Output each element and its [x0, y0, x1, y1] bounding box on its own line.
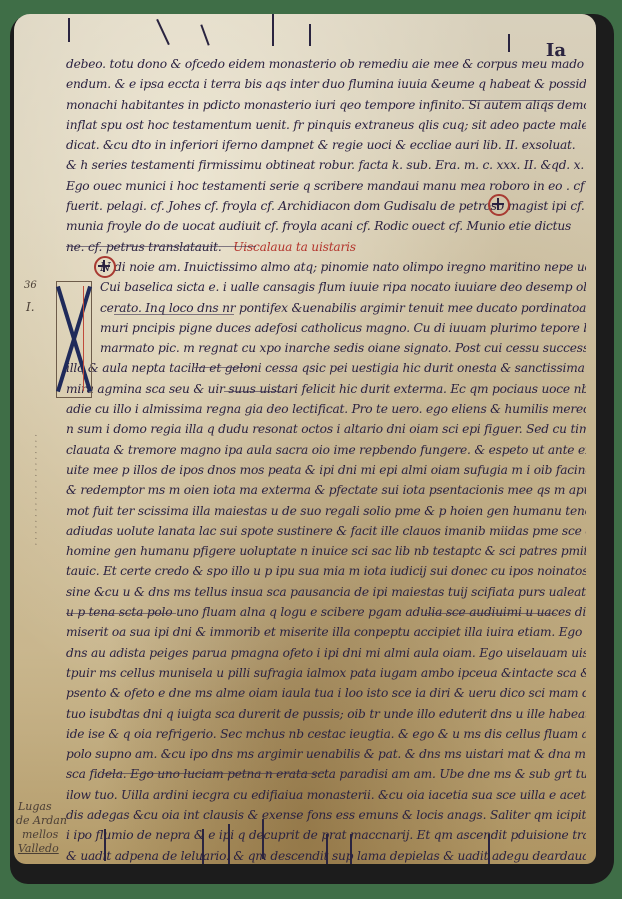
underline-rule	[194, 367, 254, 368]
margin-number: 36	[24, 280, 37, 291]
underline-rule	[66, 246, 256, 247]
text-line: dns au adista peiges parua pmagna ofeto …	[66, 643, 586, 663]
text-line: muri pncipis pigne duces adefosi catholi…	[100, 318, 586, 338]
text-line: adiudas uolute lanata lac sui spote sust…	[66, 521, 586, 541]
text-line: clauata & tremore magno ipa aula sacra o…	[66, 440, 586, 460]
text-line: endum. & e ipsa eccta i terra bis aqs in…	[66, 74, 586, 94]
text-line: Ego ouec munici i hoc testamenti serie q…	[66, 176, 586, 196]
text-line: mot fuit ter scissima illa maiestas u de…	[66, 501, 586, 521]
text-line: Cui baselica sicta e. i ualle cansagis f…	[100, 277, 586, 297]
underline-rule	[114, 314, 234, 315]
text-line: sca fidela. Ego uno luciam petna n erata…	[66, 764, 586, 784]
signature-line: Valledo	[18, 842, 59, 855]
cross-seal-icon	[94, 256, 116, 278]
text-line: adie cu illo i almissima regna gia deo l…	[66, 399, 586, 419]
main-text-block: N di noie am. Inuictissimo almo atq; pin…	[66, 257, 586, 358]
text-line: psento & ofeto e dne ms alme oiam iaula …	[66, 683, 586, 703]
text-line: dicat. &cu dto in inferiori iferno dampn…	[66, 135, 586, 155]
vertical-margin-annotation: · · · · · · · · · · · · · · · · · · · ·	[32, 434, 42, 546]
margin-letter: I.	[26, 300, 35, 314]
text-line: tauic. Et certe credo & spo illo u p ipu…	[66, 561, 586, 581]
text-line: & redemptor ms m oien iota ma exterma & …	[66, 480, 586, 500]
text-line: munia froyle do de uocat audiuit cf. fro…	[66, 216, 586, 236]
ascender-stroke	[156, 19, 170, 45]
charter-text: debeo. totu dono & ofcedo eidem monaster…	[66, 54, 586, 864]
text-line: & h series testamenti firmissimu obtinea…	[66, 155, 586, 175]
text-line: marmato pic. m regnat cu xpo inarche sed…	[100, 338, 586, 358]
text-line: monachi habitantes in pdicto monasterio …	[66, 95, 586, 115]
text-line: & uadit adpena de leluario. & qm descend…	[66, 846, 586, 864]
text-line: n sum i domo regia illa q dudu resonat o…	[66, 419, 586, 439]
text-line: miserit oa sua ipi dni & immorib et mise…	[66, 622, 586, 642]
underline-rule	[224, 391, 284, 392]
text-line: uite mee p illos de ipos dnos mos peata …	[66, 460, 586, 480]
text-line: ilow tuo. Uilla ardini iecgra cu edifiai…	[66, 785, 586, 805]
text-line: dis adegas &cu oia int clausis & exense …	[66, 805, 586, 825]
text-line: polo supno am. &cu ipo dns ms argimir ue…	[66, 744, 586, 764]
text-line: debeo. totu dono & ofcedo eidem monaster…	[66, 54, 586, 74]
text-line: homine gen humanu pfigere uoluptate n in…	[66, 541, 586, 561]
underline-rule	[104, 773, 324, 774]
text-line: inflat spu ost hoc testamentum uenit. fr…	[66, 115, 586, 135]
ascender-stroke	[508, 34, 510, 52]
initial-rubric-line	[83, 286, 84, 391]
underline-rule	[426, 613, 556, 614]
text-line: sine &cu u & dns ms tellus insua sca pau…	[66, 582, 586, 602]
ascender-stroke	[200, 24, 209, 45]
text-line: N di noie am. Inuictissimo almo atq; pin…	[100, 257, 586, 277]
text-line: mira agmina sca seu & uir suus uistari f…	[66, 379, 586, 399]
text-line: tpuir ms cellus munisela u pilli sufragi…	[66, 663, 586, 683]
parchment-sheet: Ia debeo. totu dono & ofcedo eidem monas…	[14, 14, 596, 864]
text-line: illo & aula nepta tacilla et geloni cess…	[66, 358, 586, 378]
ascender-stroke	[272, 14, 274, 46]
ascender-stroke	[68, 18, 70, 42]
signature-line: mellos	[22, 828, 58, 841]
cross-seal-icon	[488, 194, 510, 216]
signature-line: Lugas	[18, 800, 52, 813]
underline-rule	[462, 100, 562, 101]
decorated-initial	[56, 281, 92, 398]
signature-line: de Ardan	[16, 814, 67, 827]
text-line: tuo isubdtas dni q iuigta sca durerit de…	[66, 704, 586, 724]
text-line: i ipo flumio de nepra & e ipi q decuprit…	[66, 825, 586, 845]
ascender-stroke	[309, 24, 311, 46]
text-line: ide ise & q oia refrigerio. Sec mchus nb…	[66, 724, 586, 744]
underline-rule	[66, 613, 176, 614]
